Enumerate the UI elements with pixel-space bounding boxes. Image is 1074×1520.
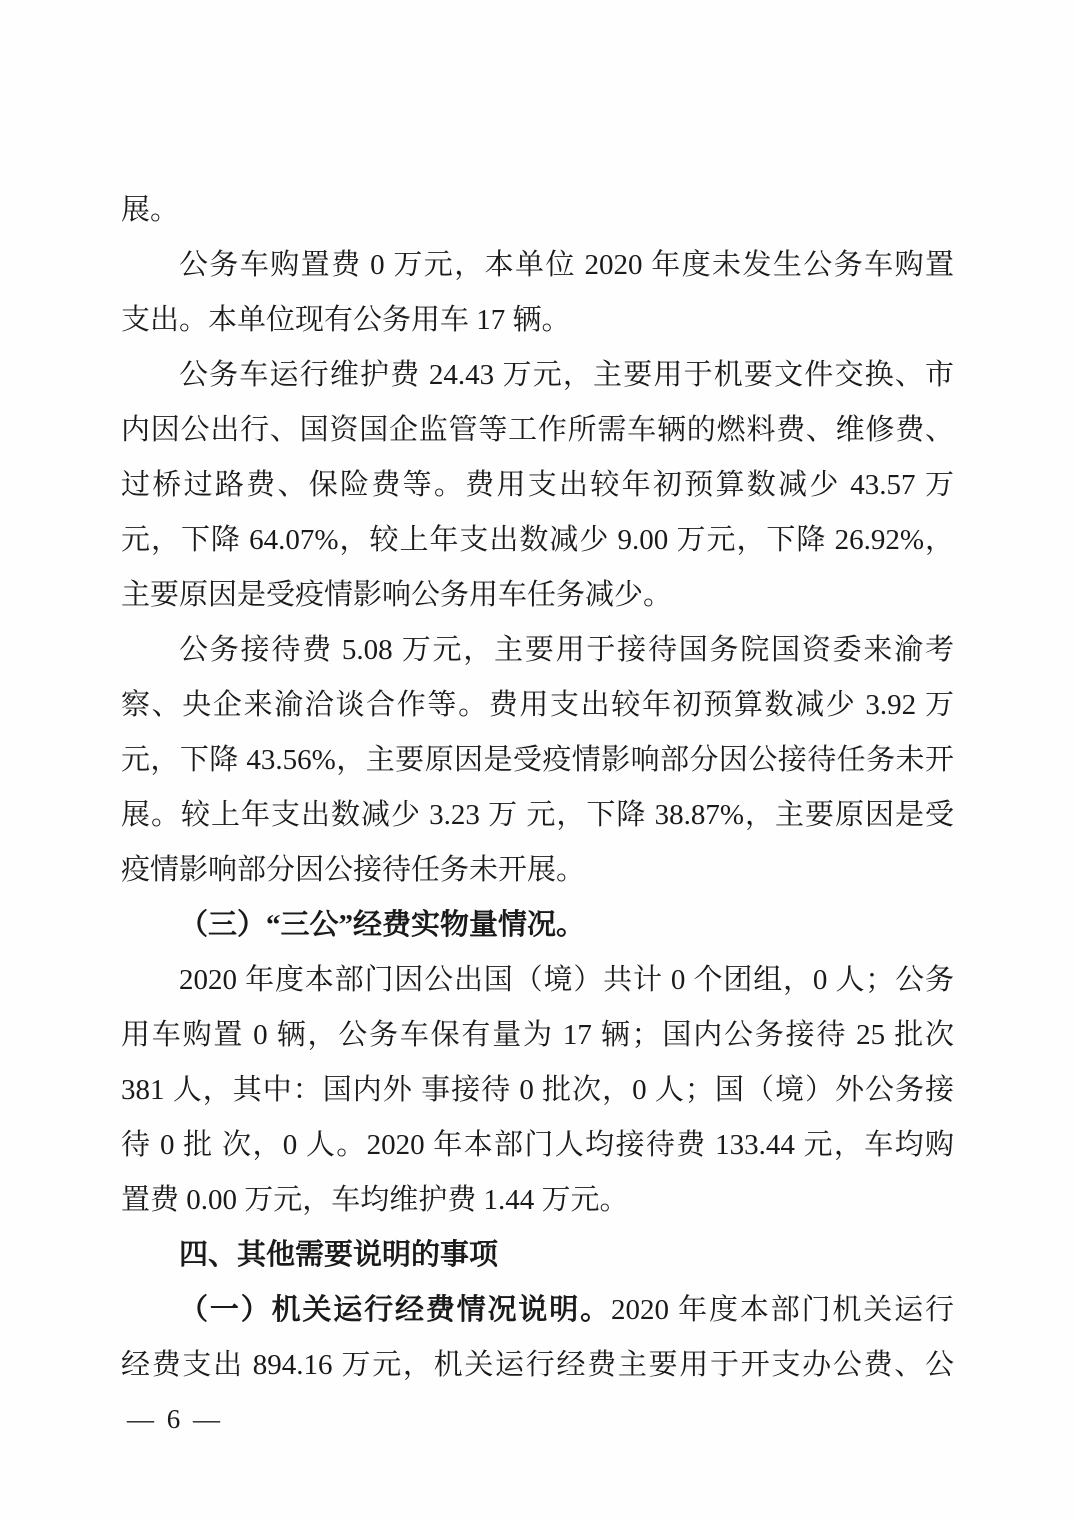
- para-lead-text: 2020 年度本部门机关运行: [611, 1294, 954, 1326]
- text-line: 主要原因是受疫情影响公务用车任务减少。: [121, 568, 954, 623]
- para-lead-label: （一）机关运行经费情况说明。: [179, 1294, 611, 1326]
- text-line: 内因公出行、国资国企监管等工作所需车辆的燃料费、维修费、: [121, 403, 954, 458]
- section-heading-four: 四、其他需要说明的事项: [121, 1228, 954, 1283]
- para-lead-line: （一）机关运行经费情况说明。2020 年度本部门机关运行: [121, 1283, 954, 1338]
- text-line: 展。较上年支出数减少 3.23 万 元，下降 38.87%，主要原因是受: [121, 788, 954, 843]
- text-line: 疫情影响部分因公接待任务未开展。: [121, 843, 954, 898]
- text-line: 元，下降 64.07%，较上年支出数减少 9.00 万元，下降 26.92%，: [121, 513, 954, 568]
- text-line: 察、央企来渝洽谈合作等。费用支出较年初预算数减少 3.92 万: [121, 678, 954, 733]
- text-line: 2020 年度本部门因公出国（境）共计 0 个团组，0 人；公务: [121, 953, 954, 1008]
- document-page: 展。 公务车购置费 0 万元，本单位 2020 年度未发生公务车购置 支出。本单…: [0, 0, 1074, 1520]
- text-line: 待 0 批 次，0 人。2020 年本部门人均接待费 133.44 元，车均购: [121, 1118, 954, 1173]
- text-line: 公务车购置费 0 万元，本单位 2020 年度未发生公务车购置: [121, 238, 954, 293]
- page-number: — 6 —: [127, 1392, 223, 1447]
- text-line: 支出。本单位现有公务用车 17 辆。: [121, 293, 954, 348]
- text-line: 经费支出 894.16 万元，机关运行经费主要用于开支办公费、公: [121, 1338, 954, 1393]
- text-line: 用车购置 0 辆，公务车保有量为 17 辆；国内公务接待 25 批次: [121, 1008, 954, 1063]
- subsection-heading-three: （三）“三公”经费实物量情况。: [121, 898, 954, 953]
- document-body: 展。 公务车购置费 0 万元，本单位 2020 年度未发生公务车购置 支出。本单…: [121, 183, 954, 1393]
- text-line: 过桥过路费、保险费等。费用支出较年初预算数减少 43.57 万: [121, 458, 954, 513]
- text-line: 381 人，其中：国内外 事接待 0 批次，0 人；国（境）外公务接: [121, 1063, 954, 1118]
- text-line: 公务车运行维护费 24.43 万元，主要用于机要文件交换、市: [121, 348, 954, 403]
- text-line: 置费 0.00 万元，车均维护费 1.44 万元。: [121, 1173, 954, 1228]
- text-line: 展。: [121, 183, 954, 238]
- text-line: 元，下降 43.56%，主要原因是受疫情影响部分因公接待任务未开: [121, 733, 954, 788]
- text-line: 公务接待费 5.08 万元，主要用于接待国务院国资委来渝考: [121, 623, 954, 678]
